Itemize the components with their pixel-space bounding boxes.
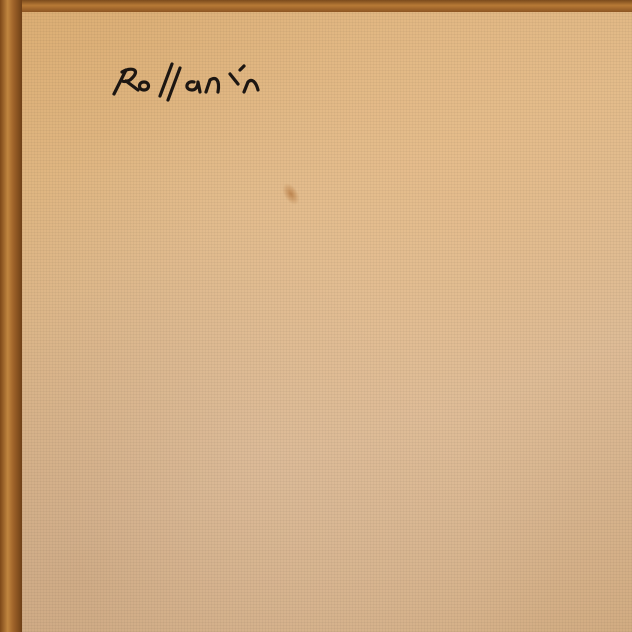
artist-signature: Rollán xyxy=(108,56,268,112)
paint-stain xyxy=(279,180,303,208)
frame-top-edge xyxy=(0,0,632,12)
frame-left-edge xyxy=(0,0,22,632)
